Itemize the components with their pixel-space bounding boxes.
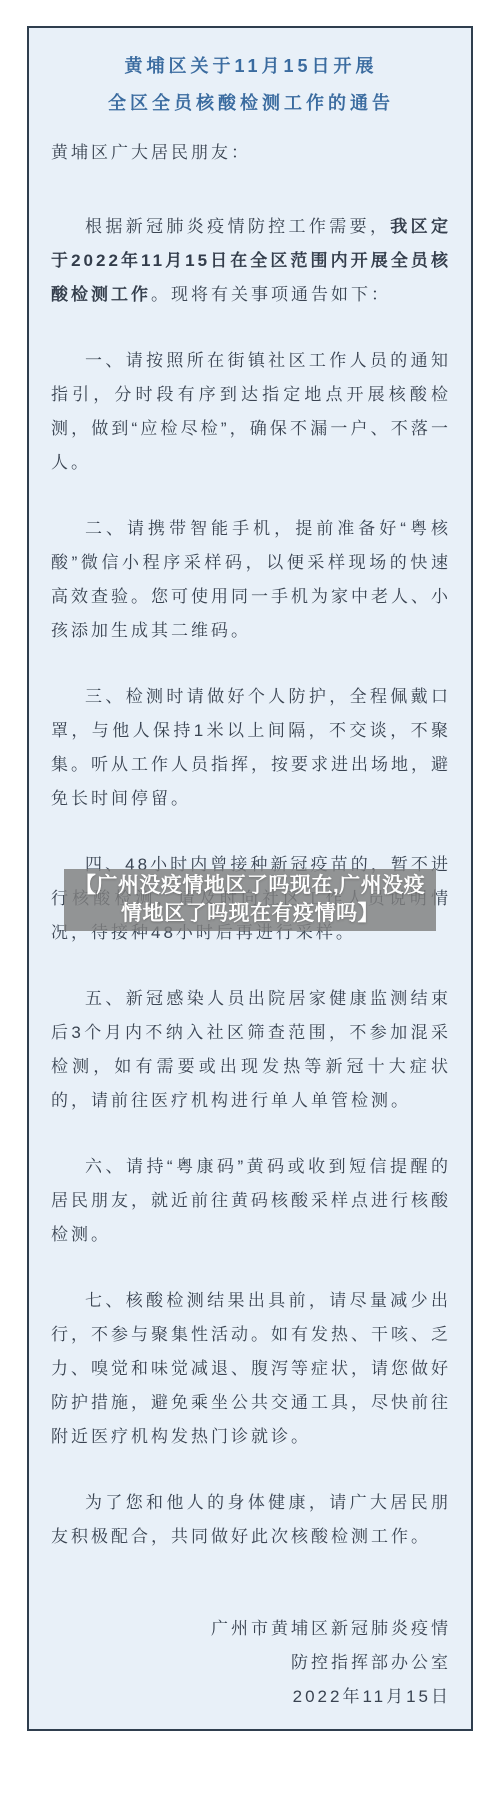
closing-paragraph: 为了您和他人的身体健康，请广大居民朋友积极配合，共同做好此次核酸检测工作。 — [51, 1486, 451, 1554]
page: 黄埔区关于11月15日开展 全区全员核酸检测工作的通告 黄埔区广大居民朋友： 根… — [0, 0, 500, 1804]
watermark-line-1: 【广州没疫情地区了吗现在,广州没疫 — [66, 872, 434, 900]
intro-text-normal: 根据新冠肺炎疫情防控工作需要， — [85, 217, 390, 236]
notice-title-line-2: 全区全员核酸检测工作的通告 — [51, 85, 451, 122]
notice-item-1: 一、请按照所在街镇社区工作人员的通知指引，分时段有序到达指定地点开展核酸检测，做… — [51, 344, 451, 480]
intro-paragraph: 根据新冠肺炎疫情防控工作需要，我区定于2022年11月15日在全区范围内开展全员… — [51, 210, 451, 312]
signature-org-line-2: 防控指挥部办公室 — [51, 1646, 451, 1680]
signature-org-line-1: 广州市黄埔区新冠肺炎疫情 — [51, 1612, 451, 1646]
notice-title-line-1: 黄埔区关于11月15日开展 — [51, 48, 451, 85]
notice-item-6: 六、请持“粤康码”黄码或收到短信提醒的居民朋友，就近前往黄码核酸采样点进行核酸检… — [51, 1150, 451, 1252]
intro-text-tail: 。现将有关事项通告如下： — [151, 285, 391, 304]
signature-block: 广州市黄埔区新冠肺炎疫情 防控指挥部办公室 2022年11月15日 — [51, 1612, 451, 1714]
notice-title: 黄埔区关于11月15日开展 全区全员核酸检测工作的通告 — [51, 48, 451, 122]
watermark-line-2: 情地区了吗现在有疫情吗】 — [66, 900, 434, 928]
notice-item-5: 五、新冠感染人员出院居家健康监测结束后3个月内不纳入社区筛查范围，不参加混采检测… — [51, 982, 451, 1118]
salutation: 黄埔区广大居民朋友： — [51, 136, 451, 170]
watermark-overlay: 【广州没疫情地区了吗现在,广州没疫 情地区了吗现在有疫情吗】 — [64, 869, 436, 931]
notice-item-2: 二、请携带智能手机，提前准备好“粤核酸”微信小程序采样码，以便采样现场的快速高效… — [51, 512, 451, 648]
signature-date: 2022年11月15日 — [51, 1680, 451, 1714]
notice-item-7: 七、核酸检测结果出具前，请尽量减少出行，不参与聚集性活动。如有发热、干咳、乏力、… — [51, 1284, 451, 1454]
notice-item-3: 三、检测时请做好个人防护，全程佩戴口罩，与他人保持1米以上间隔，不交谈，不聚集。… — [51, 680, 451, 816]
